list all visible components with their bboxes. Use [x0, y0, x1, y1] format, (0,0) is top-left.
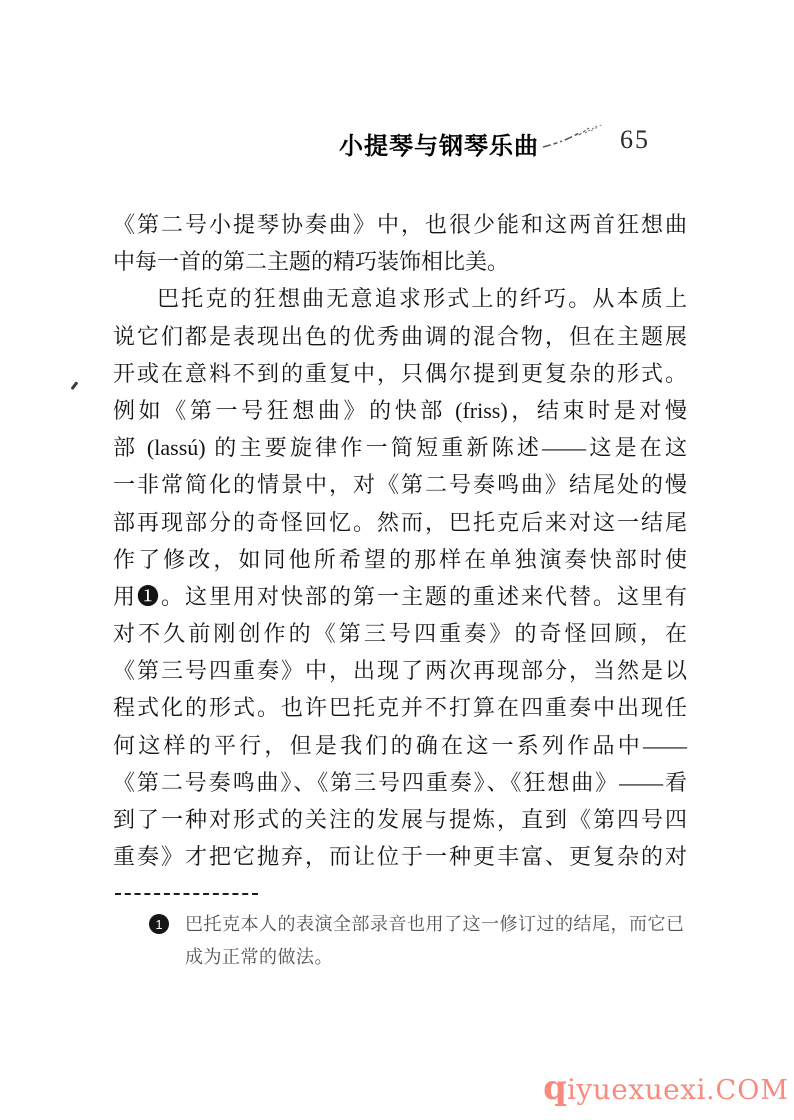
body-line: 说它们都是表现出色的优秀曲调的混合物，但在主题展 — [113, 318, 687, 355]
body-line: 巴托克的狂想曲无意追求形式上的纤巧。从本质上 — [113, 280, 687, 317]
body-line: 部 (lassú) 的主要旋律作一简短重新陈述——这是在这 — [113, 429, 687, 466]
watermark-suffix: .COM — [706, 1075, 789, 1106]
body-line: 程式化的形式。也许巴托克并不打算在四重奏中出现任 — [113, 689, 687, 726]
footnote-marker-icon: 1 — [149, 914, 169, 934]
body-line: 《第三号四重奏》中，出现了两次再现部分，当然是以 — [113, 652, 687, 689]
pencil-flourish-icon — [541, 122, 605, 152]
page-number: 65 — [620, 125, 650, 155]
body-line: 到了一种对形式的关注的发展与提炼，直到《第四号四 — [113, 801, 687, 838]
body-line: 何这样的平行，但是我们的确在这一系列作品中—— — [113, 727, 687, 764]
body-text: 《第二号小提琴协奏曲》中，也很少能和这两首狂想曲 中每一首的第二主题的精巧装饰相… — [113, 206, 687, 875]
ink-speck — [70, 381, 78, 390]
footnote-line: 巴托克本人的表演全部录音也用了这一修订过的结尾，而它已 — [185, 908, 685, 941]
footnote-line: 成为正常的做法。 — [185, 941, 685, 974]
watermark-middle: iyuexuexi — [567, 1073, 706, 1106]
footnote: 1 巴托克本人的表演全部录音也用了这一修订过的结尾，而它已 成为正常的做法。 — [149, 908, 685, 974]
running-title: 小提琴与钢琴乐曲 — [339, 126, 539, 161]
site-watermark: qiyuexuexi.COM — [543, 1068, 789, 1108]
body-line: 开或在意料不到的重复中，只偶尔提到更复杂的形式。 — [113, 355, 687, 392]
footnote-divider — [115, 893, 258, 895]
body-line: 部再现部分的奇怪回忆。然而，巴托克后来对这一结尾 — [113, 504, 687, 541]
body-line: 重奏》才把它抛弃，而让位于一种更丰富、更复杂的对 — [113, 838, 687, 875]
body-line: 对不久前刚创作的《第三号四重奏》的奇怪回顾，在 — [113, 615, 687, 652]
body-line: 一非常简化的情景中，对《第二号奏鸣曲》结尾处的慢 — [113, 466, 687, 503]
body-line: 作了修改，如同他所希望的那样在单独演奏快部时使 — [113, 541, 687, 578]
body-line: 例如《第一号狂想曲》的快部 (friss)，结束时是对慢 — [113, 392, 687, 429]
scanned-book-page: 小提琴与钢琴乐曲 65 《第二号小提琴协奏曲》中，也很少能和这两首狂想曲 中每一… — [0, 0, 794, 1120]
footnote-text: 巴托克本人的表演全部录音也用了这一修订过的结尾，而它已 成为正常的做法。 — [185, 908, 685, 974]
body-line: 中每一首的第二主题的精巧装饰相比美。 — [113, 243, 687, 280]
body-line: 《第二号小提琴协奏曲》中，也很少能和这两首狂想曲 — [113, 206, 687, 243]
watermark-initial: q — [543, 1068, 567, 1108]
body-line: 用❶。这里用对快部的第一主题的重述来代替。这里有 — [113, 578, 687, 615]
body-line: 《第二号奏鸣曲》、《第三号四重奏》、《狂想曲》——看 — [113, 764, 687, 801]
